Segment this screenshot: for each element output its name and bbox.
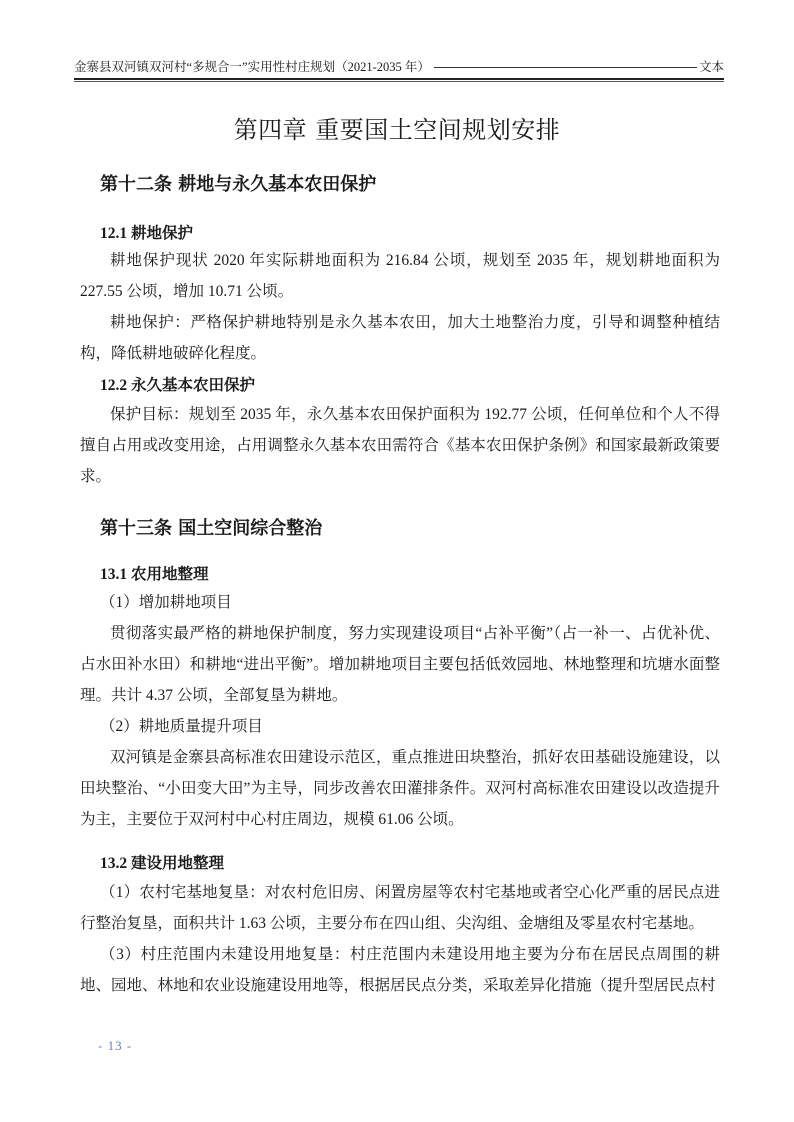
- article-title-13: 第十三条 国土空间综合整治: [100, 516, 322, 542]
- running-header: 金寨县双河镇双河村“多规合一”实用性村庄规划（2021-2035 年） 文本: [74, 58, 724, 76]
- paragraph: （3）村庄范围内未建设用地复垦：村庄范围内未建设用地主要为分布在居民点周围的耕地…: [80, 939, 720, 1001]
- chapter-title: 第四章 重要国土空间规划安排: [0, 113, 794, 147]
- header-title: 金寨县双河镇双河村“多规合一”实用性村庄规划（2021-2035 年）: [74, 58, 430, 76]
- paragraph: 耕地保护：严格保护耕地特别是永久基本农田，加大土地整治力度，引导和调整种植结构，…: [80, 307, 720, 369]
- section-title-12-1: 12.1 耕地保护: [100, 222, 193, 246]
- paragraph: 贯彻落实最严格的耕地保护制度，努力实现建设项目“占补平衡”（占一补一、占优补优、…: [80, 618, 720, 711]
- paragraph: （1）增加耕地项目: [80, 587, 720, 618]
- header-rule: [74, 78, 724, 80]
- article-title-12: 第十二条 耕地与永久基本农田保护: [100, 172, 376, 198]
- header-rule-thin: [74, 81, 724, 82]
- header-dash-leader: [434, 67, 697, 68]
- paragraph: 保护目标：规划至 2035 年，永久基本农田保护面积为 192.77 公顷，任何…: [80, 399, 720, 492]
- section-title-12-2: 12.2 永久基本农田保护: [100, 374, 255, 398]
- paragraph: （1）农村宅基地复垦：对农村危旧房、闲置房屋等农村宅基地或者空心化严重的居民点进…: [80, 877, 720, 939]
- section-title-13-1: 13.1 农用地整理: [100, 563, 209, 587]
- paragraph: 双河镇是金寨县高标准农田建设示范区，重点推进田块整治，抓好农田基础设施建设，以田…: [80, 742, 720, 835]
- paragraph: 耕地保护现状 2020 年实际耕地面积为 216.84 公顷，规划至 2035 …: [80, 245, 720, 307]
- page-number: - 13 -: [98, 1038, 132, 1054]
- section-title-13-2: 13.2 建设用地整理: [100, 852, 224, 876]
- header-right-label: 文本: [699, 58, 724, 76]
- paragraph: （2）耕地质量提升项目: [80, 711, 720, 742]
